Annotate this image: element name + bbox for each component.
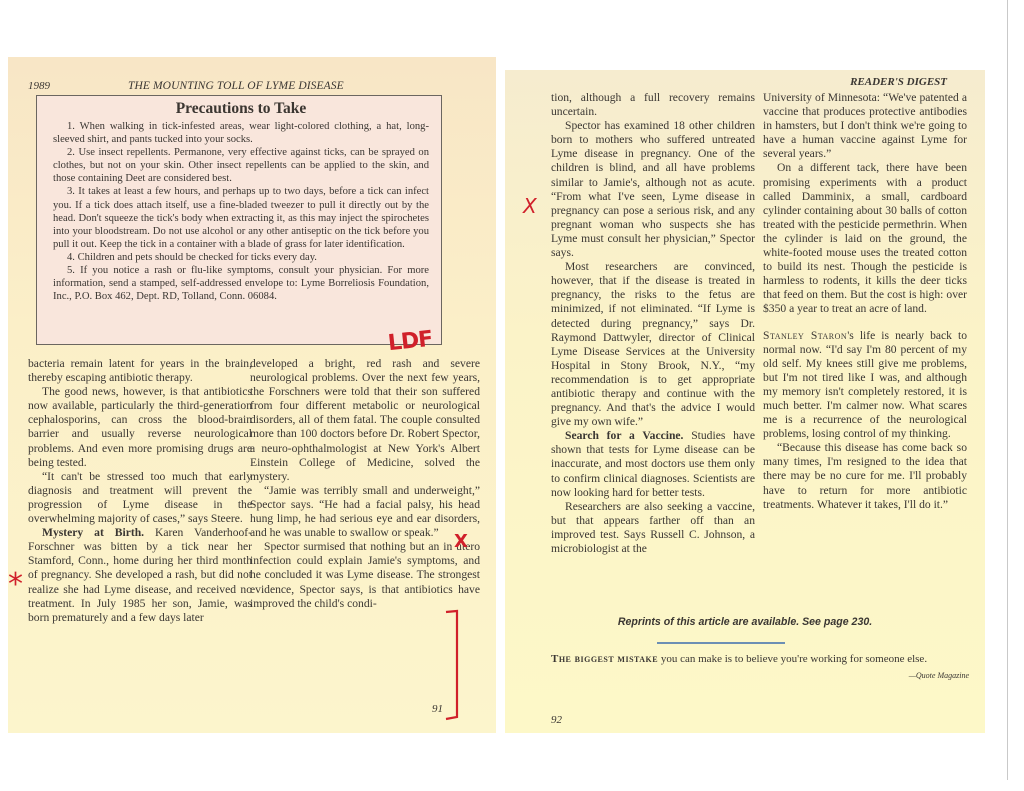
left-page: 1989 THE MOUNTING TOLL OF LYME DISEASE P… — [8, 57, 496, 733]
x-mark-annotation-icon: X — [454, 531, 468, 552]
paragraph: tion, although a full recovery remains u… — [551, 91, 755, 119]
left-column-1: bacteria remain latent for years in the … — [28, 357, 252, 625]
quote-filler: The biggest mistake you can make is to b… — [551, 652, 969, 683]
running-head-year: 1989 — [28, 80, 50, 92]
paragraph: Stanley Staron's life is nearly back to … — [763, 329, 967, 442]
filler-lead-in: The biggest mistake — [551, 653, 658, 665]
right-column-1: tion, although a full recovery remains u… — [551, 91, 755, 556]
paragraph: On a different tack, there have been pro… — [763, 161, 967, 316]
right-column-2: University of Minnesota: “We've patented… — [763, 91, 967, 512]
precaution-item: 3. It takes at least a few hours, and pe… — [53, 185, 429, 250]
precautions-sidebar: Precautions to Take 1. When walking in t… — [36, 95, 442, 345]
right-page: READER'S DIGEST tion, although a full re… — [505, 70, 985, 733]
precaution-item: 4. Children and pets should be checked f… — [53, 251, 429, 264]
paragraph: “Because this disease has come back so m… — [763, 441, 967, 511]
running-head-magazine: READER'S DIGEST — [850, 76, 947, 88]
asterisk-annotation-icon: * — [8, 567, 23, 602]
left-column-2: developed a bright, red rash and severe … — [250, 357, 480, 611]
running-head-title: THE MOUNTING TOLL OF LYME DISEASE — [128, 80, 344, 92]
precaution-item: 5. If you notice a rash or flu-like symp… — [53, 264, 429, 303]
precaution-item: 2. Use insect repellents. Permanone, ver… — [53, 146, 429, 185]
paragraph: Most researchers are convinced, however,… — [551, 260, 755, 429]
paragraph: University of Minnesota: “We've patented… — [763, 91, 967, 161]
precaution-item: 1. When walking in tick-infested areas, … — [53, 120, 429, 146]
scan-edge-line — [1007, 0, 1008, 780]
sidebar-title: Precautions to Take — [53, 100, 429, 118]
paragraph: “It can't be stressed too much that earl… — [28, 470, 252, 526]
paragraph: Spector has examined 18 other children b… — [551, 119, 755, 260]
handwritten-initials: LDF — [387, 327, 434, 356]
paragraph: bacteria remain latent for years in the … — [28, 357, 252, 385]
bracket-annotation-icon — [442, 609, 466, 721]
name-lead-in: Stanley Staron — [763, 329, 847, 342]
paragraph: “Jamie was terribly small and underweigh… — [250, 484, 480, 540]
paragraph: developed a bright, red rash and severe … — [250, 357, 480, 484]
paragraph: Search for a Vaccine. Studies have shown… — [551, 429, 755, 499]
reprints-note: Reprints of this article are available. … — [505, 616, 985, 628]
page-number: 92 — [551, 714, 562, 726]
x-mark-annotation-icon: X — [523, 194, 537, 218]
page-number: 91 — [432, 703, 443, 715]
paragraph: Mystery at Birth. Karen Vanderhoof-Forsc… — [28, 526, 252, 625]
filler-text: you can make is to believe you're workin… — [658, 653, 927, 665]
subhead-search-for-vaccine: Search for a Vaccine. — [565, 429, 683, 442]
filler-attribution: —Quote Magazine — [909, 669, 969, 683]
paragraph: The good news, however, is that antibiot… — [28, 385, 252, 470]
paragraph: Spector surmised that nothing but an in … — [250, 540, 480, 610]
subhead-mystery-at-birth: Mystery at Birth. — [42, 526, 144, 539]
paragraph: Researchers are also seeking a vaccine, … — [551, 500, 755, 556]
divider-rule — [657, 642, 785, 644]
